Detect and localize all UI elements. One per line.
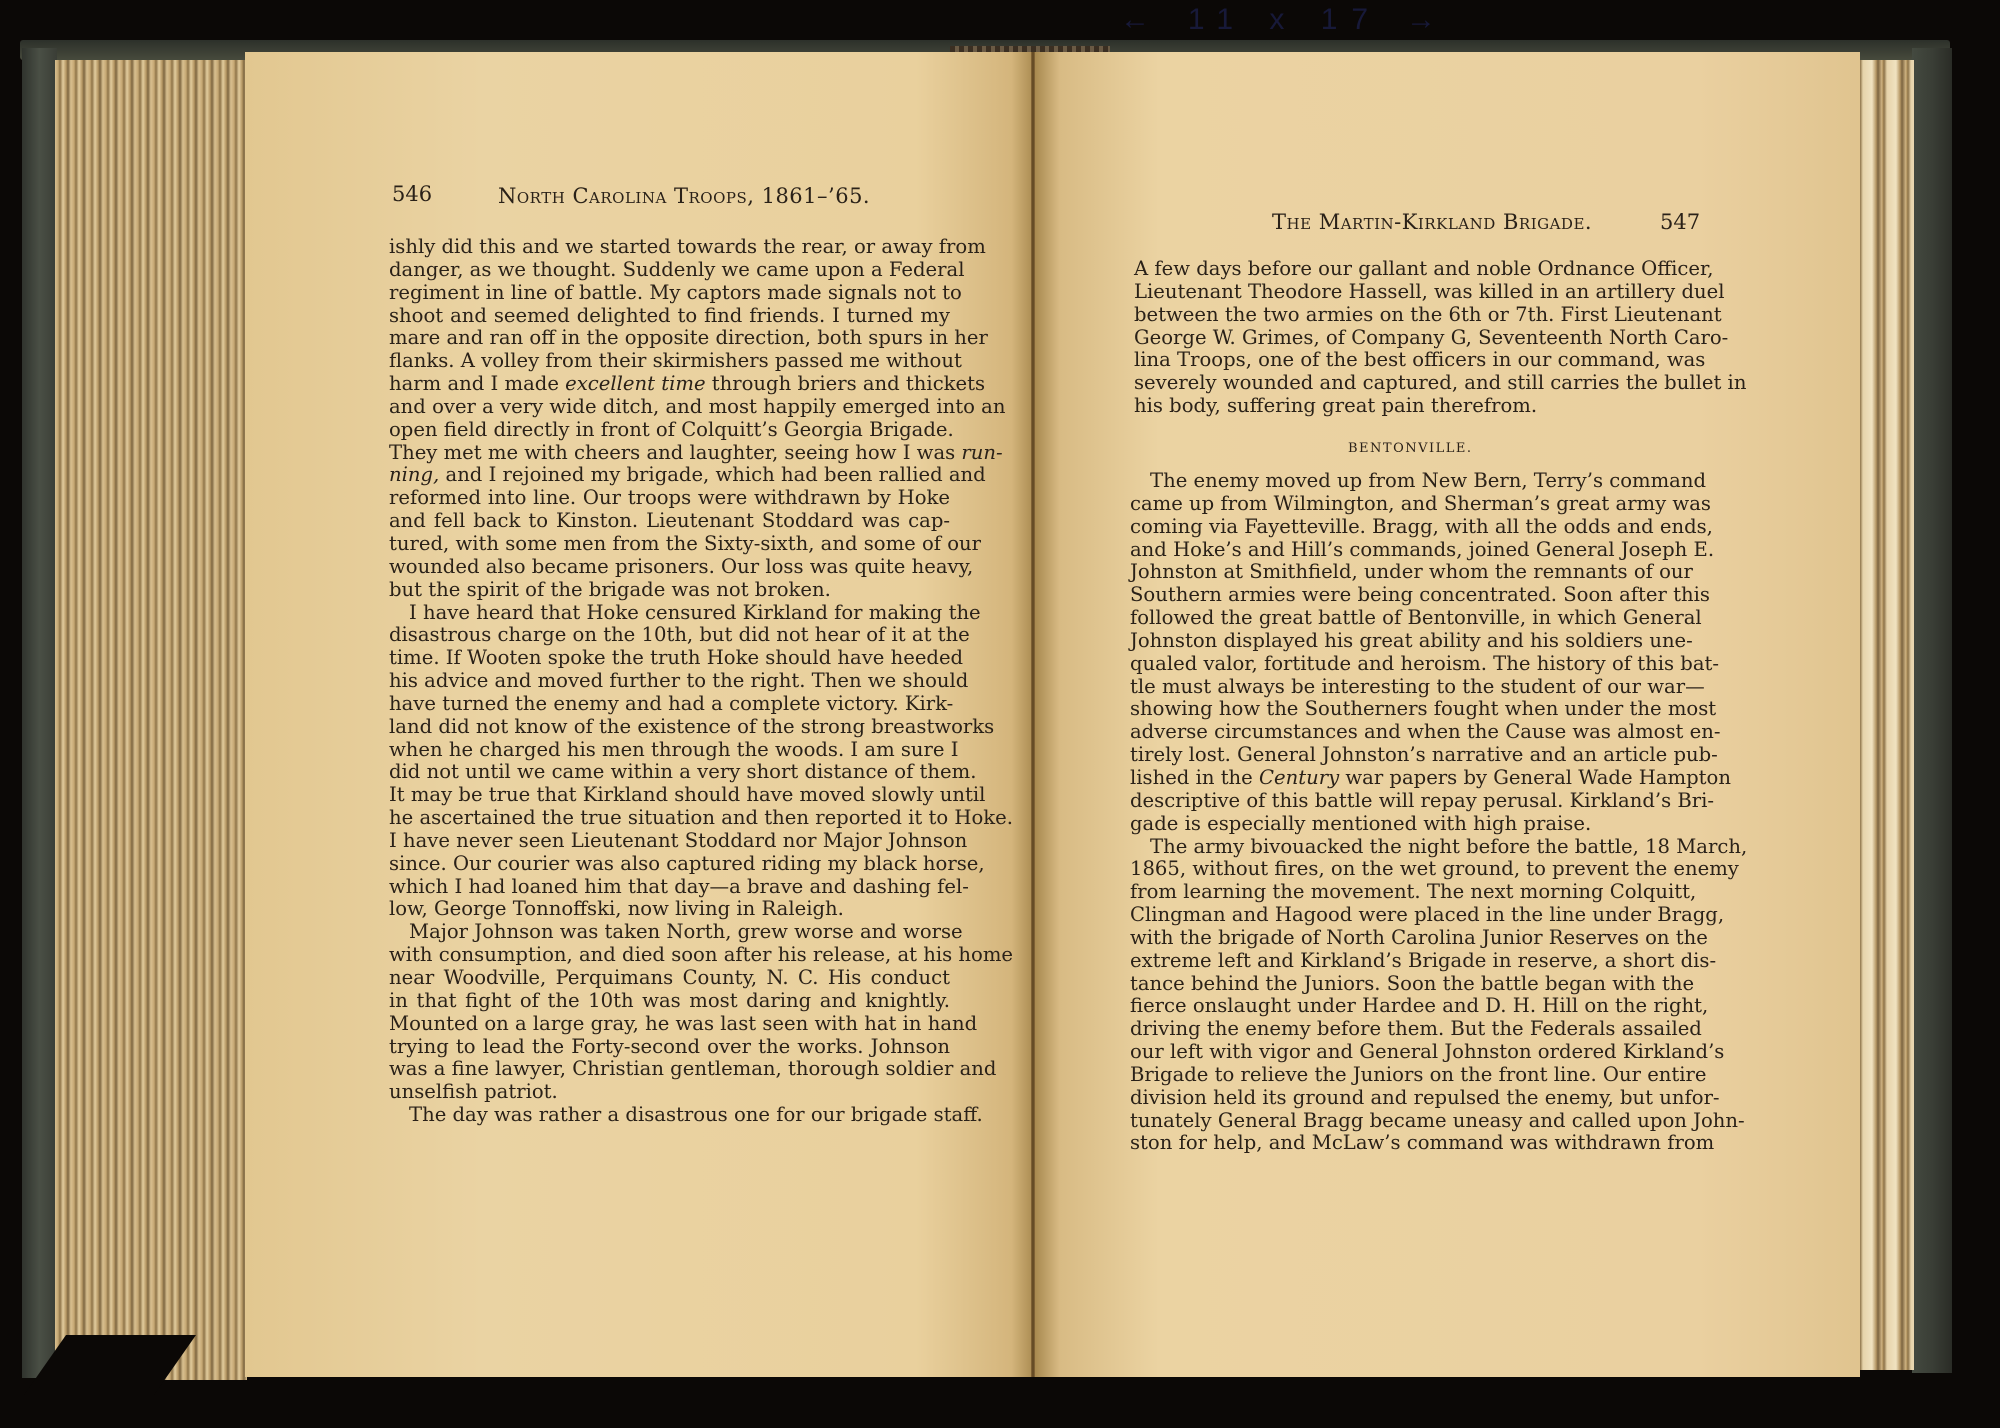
text-line: adverse circumstances and when the Cause…: [1130, 721, 1690, 744]
text-line: since. Our courier was also captured rid…: [389, 853, 950, 876]
text-line: from learning the movement. The next mor…: [1130, 881, 1690, 904]
text-line: wounded also became prisoners. Our loss …: [389, 556, 950, 579]
right-running-head: The Martin-Kirkland Brigade.: [1272, 210, 1592, 234]
text-line: when he charged his men through the wood…: [389, 739, 950, 762]
text-line: his body, suffering great pain therefrom…: [1134, 395, 1694, 418]
text-line: It may be true that Kirkland should have…: [389, 784, 950, 807]
text-line: in that fight of the 10th was most darin…: [389, 990, 950, 1013]
text-line: our left with vigor and General Johnston…: [1130, 1041, 1690, 1064]
text-line: came up from Wilmington, and Sherman’s g…: [1130, 493, 1690, 516]
left-page-body: ishly did this and we started towards th…: [389, 236, 950, 1127]
text-line: Southern armies were being concentrated.…: [1130, 584, 1690, 607]
text-line: Lieutenant Theodore Hassell, was killed …: [1134, 281, 1694, 304]
text-line: George W. Grimes, of Company G, Seventee…: [1134, 327, 1694, 350]
text-line: with the brigade of North Carolina Junio…: [1130, 927, 1690, 950]
text-line: ston for help, and McLaw’s command was w…: [1130, 1132, 1690, 1155]
size-ruler-label: ← 11 x 17 →: [1120, 4, 1450, 36]
text-line: tirely lost. General Johnston’s narrativ…: [1130, 744, 1690, 767]
text-line: division held its ground and repulsed th…: [1130, 1087, 1690, 1110]
text-line: shoot and seemed delighted to find frien…: [389, 305, 950, 328]
text-line: Johnston at Smithfield, under whom the r…: [1130, 561, 1690, 584]
right-page-number: 547: [1660, 210, 1700, 234]
text-line: lina Troops, one of the best officers in…: [1134, 349, 1694, 372]
text-line: between the two armies on the 6th or 7th…: [1134, 304, 1694, 327]
text-line: open field directly in front of Colquitt…: [389, 419, 950, 442]
text-line: 1865, without fires, on the wet ground, …: [1130, 858, 1690, 881]
text-line: unselfish patriot.: [389, 1081, 950, 1104]
right-page-intro: A few days before our gallant and noble …: [1134, 258, 1694, 418]
text-line: but the spirit of the brigade was not br…: [389, 579, 950, 602]
text-line: I have heard that Hoke censured Kirkland…: [389, 602, 950, 625]
text-line: ning, and I rejoined my brigade, which h…: [389, 464, 950, 487]
left-page-number: 546: [392, 182, 432, 206]
text-line: Major Johnson was taken North, grew wors…: [389, 921, 950, 944]
text-line: reformed into line. Our troops were with…: [389, 487, 950, 510]
right-arrow-icon: →: [1406, 3, 1450, 37]
text-line: ishly did this and we started towards th…: [389, 236, 950, 259]
text-line: descriptive of this battle will repay pe…: [1130, 790, 1690, 813]
text-line: was a fine lawyer, Christian gentleman, …: [389, 1058, 950, 1081]
book-cover-right: [1912, 48, 1952, 1373]
text-line: his advice and moved further to the righ…: [389, 670, 950, 693]
text-line: Mounted on a large gray, he was last see…: [389, 1013, 950, 1036]
book-cover-left: [22, 48, 57, 1378]
text-line: with consumption, and died soon after hi…: [389, 944, 950, 967]
section-heading-bentonville: BENTONVILLE.: [1348, 441, 1473, 456]
text-line: trying to lead the Forty-second over the…: [389, 1036, 950, 1059]
text-line: tured, with some men from the Sixty-sixt…: [389, 533, 950, 556]
text-line: They met me with cheers and laughter, se…: [389, 442, 950, 465]
text-line: Brigade to relieve the Juniors on the fr…: [1130, 1064, 1690, 1087]
text-line: Clingman and Hagood were placed in the l…: [1130, 904, 1690, 927]
text-line: and Hoke’s and Hill’s commands, joined G…: [1130, 539, 1690, 562]
text-line: harm and I made excellent time through b…: [389, 373, 950, 396]
text-line: flanks. A volley from their skirmishers …: [389, 350, 950, 373]
text-line: The army bivouacked the night before the…: [1130, 836, 1690, 859]
text-line: near Woodville, Perquimans County, N. C.…: [389, 967, 950, 990]
text-line: The day was rather a disastrous one for …: [389, 1104, 950, 1127]
text-line: followed the great battle of Bentonville…: [1130, 607, 1690, 630]
page-edges-left: [55, 60, 247, 1380]
text-line: extreme left and Kirkland’s Brigade in r…: [1130, 950, 1690, 973]
page-edges-right: [1858, 60, 1914, 1370]
text-line: which I had loaned him that day—a brave …: [389, 876, 950, 899]
text-line: tance behind the Juniors. Soon the battl…: [1130, 973, 1690, 996]
text-line: qualed valor, fortitude and heroism. The…: [1130, 653, 1690, 676]
text-line: regiment in line of battle. My captors m…: [389, 282, 950, 305]
book-gutter: [1031, 52, 1035, 1377]
text-line: showing how the Southerners fought when …: [1130, 698, 1690, 721]
text-line: have turned the enemy and had a complete…: [389, 693, 950, 716]
text-line: low, George Tonnoffski, now living in Ra…: [389, 898, 950, 921]
text-line: I have never seen Lieutenant Stoddard no…: [389, 830, 950, 853]
text-line: A few days before our gallant and noble …: [1134, 258, 1694, 281]
text-line: coming via Fayetteville. Bragg, with all…: [1130, 516, 1690, 539]
text-line: lished in the Century war papers by Gene…: [1130, 767, 1690, 790]
text-line: tle must always be interesting to the st…: [1130, 676, 1690, 699]
text-line: danger, as we thought. Suddenly we came …: [389, 259, 950, 282]
text-line: disastrous charge on the 10th, but did n…: [389, 624, 950, 647]
text-line: Johnston displayed his great ability and…: [1130, 630, 1690, 653]
text-line: time. If Wooten spoke the truth Hoke sho…: [389, 647, 950, 670]
left-arrow-icon: ←: [1120, 3, 1164, 37]
text-line: and fell back to Kinston. Lieutenant Sto…: [389, 510, 950, 533]
text-line: and over a very wide ditch, and most hap…: [389, 396, 950, 419]
text-line: severely wounded and captured, and still…: [1134, 372, 1694, 395]
text-line: tunately General Bragg became uneasy and…: [1130, 1110, 1690, 1133]
left-running-head: North Carolina Troops, 1861–’65.: [498, 184, 870, 208]
text-line: fierce onslaught under Hardee and D. H. …: [1130, 995, 1690, 1018]
right-page-body: The enemy moved up from New Bern, Terry’…: [1130, 470, 1690, 1155]
text-line: he ascertained the true situation and th…: [389, 807, 950, 830]
text-line: The enemy moved up from New Bern, Terry’…: [1130, 470, 1690, 493]
ruler-size-text: 11 x 17: [1188, 3, 1382, 37]
text-line: driving the enemy before them. But the F…: [1130, 1018, 1690, 1041]
text-line: gade is especially mentioned with high p…: [1130, 813, 1690, 836]
text-line: did not until we came within a very shor…: [389, 761, 950, 784]
text-line: land did not know of the existence of th…: [389, 716, 950, 739]
text-line: mare and ran off in the opposite directi…: [389, 327, 950, 350]
